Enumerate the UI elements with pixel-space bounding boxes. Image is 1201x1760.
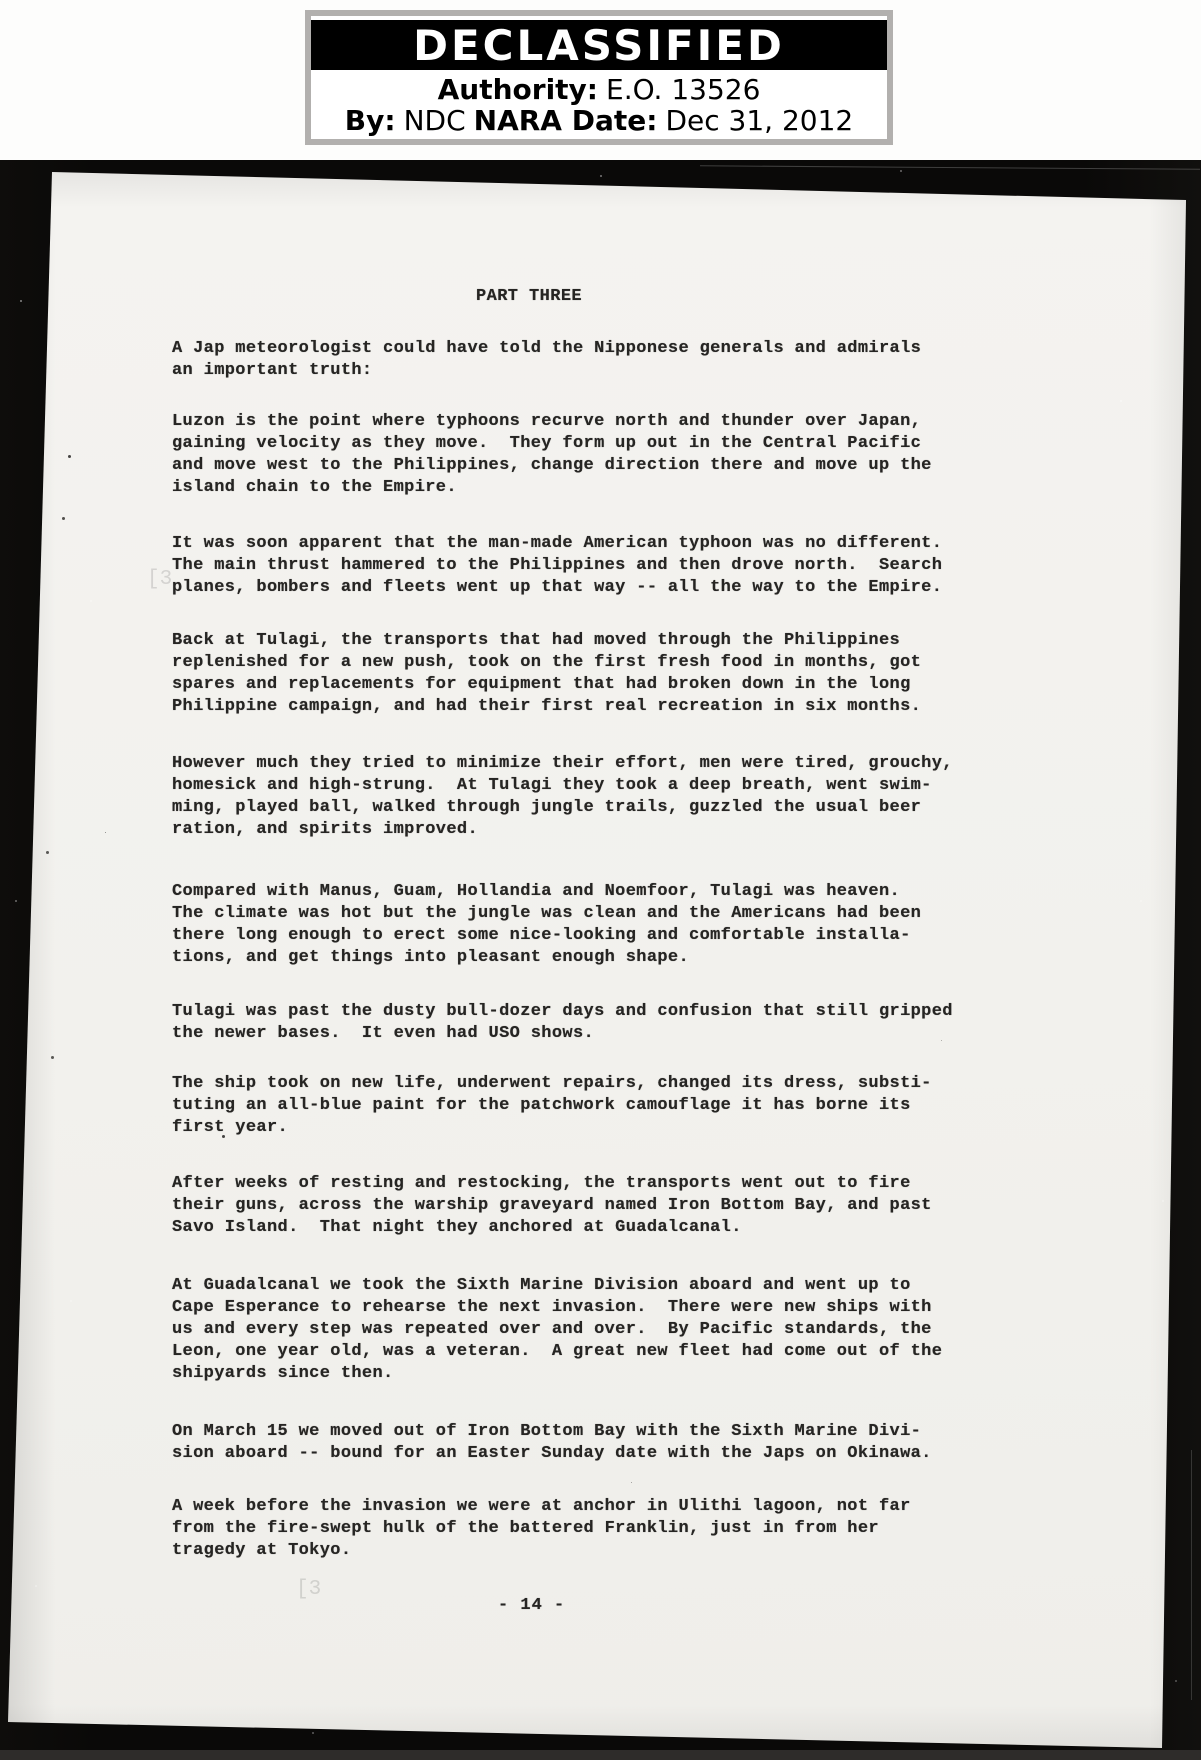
section-title: PART THREE — [476, 287, 582, 306]
paragraph: A Jap meteorologist could have told the … — [172, 338, 921, 382]
page-number: - 14 - — [498, 1596, 565, 1615]
paragraph: It was soon apparent that the man-made A… — [172, 533, 942, 599]
scanner-artifact-mark: [3 — [296, 1578, 321, 1601]
paragraph: On March 15 we moved out of Iron Bottom … — [172, 1421, 932, 1465]
paragraph: Compared with Manus, Guam, Hollandia and… — [172, 881, 921, 969]
paragraph: Back at Tulagi, the transports that had … — [172, 630, 921, 718]
scanned-document-page: DECLASSIFIED Authority:E.O. 13526 By:NDC… — [0, 0, 1201, 1760]
typewritten-text-layer: PART THREE A Jap meteorologist could hav… — [0, 0, 1201, 1760]
paragraph: After weeks of resting and restocking, t… — [172, 1173, 932, 1239]
film-grain-specks — [20, 300, 22, 302]
paragraph: Tulagi was past the dusty bull-dozer day… — [172, 1001, 953, 1045]
scratch-mark — [1191, 1450, 1192, 1700]
scan-bottom-strip — [0, 1750, 1201, 1760]
paragraph: At Guadalcanal we took the Sixth Marine … — [172, 1275, 942, 1385]
paragraph: Luzon is the point where typhoons recurv… — [172, 411, 932, 499]
paragraph: A week before the invasion we were at an… — [172, 1496, 911, 1562]
paragraph: The ship took on new life, underwent rep… — [172, 1073, 932, 1139]
ink-speck-dots — [68, 455, 71, 458]
paragraph: However much they tried to minimize thei… — [172, 753, 953, 841]
scanner-artifact-mark: [3 — [147, 568, 172, 591]
